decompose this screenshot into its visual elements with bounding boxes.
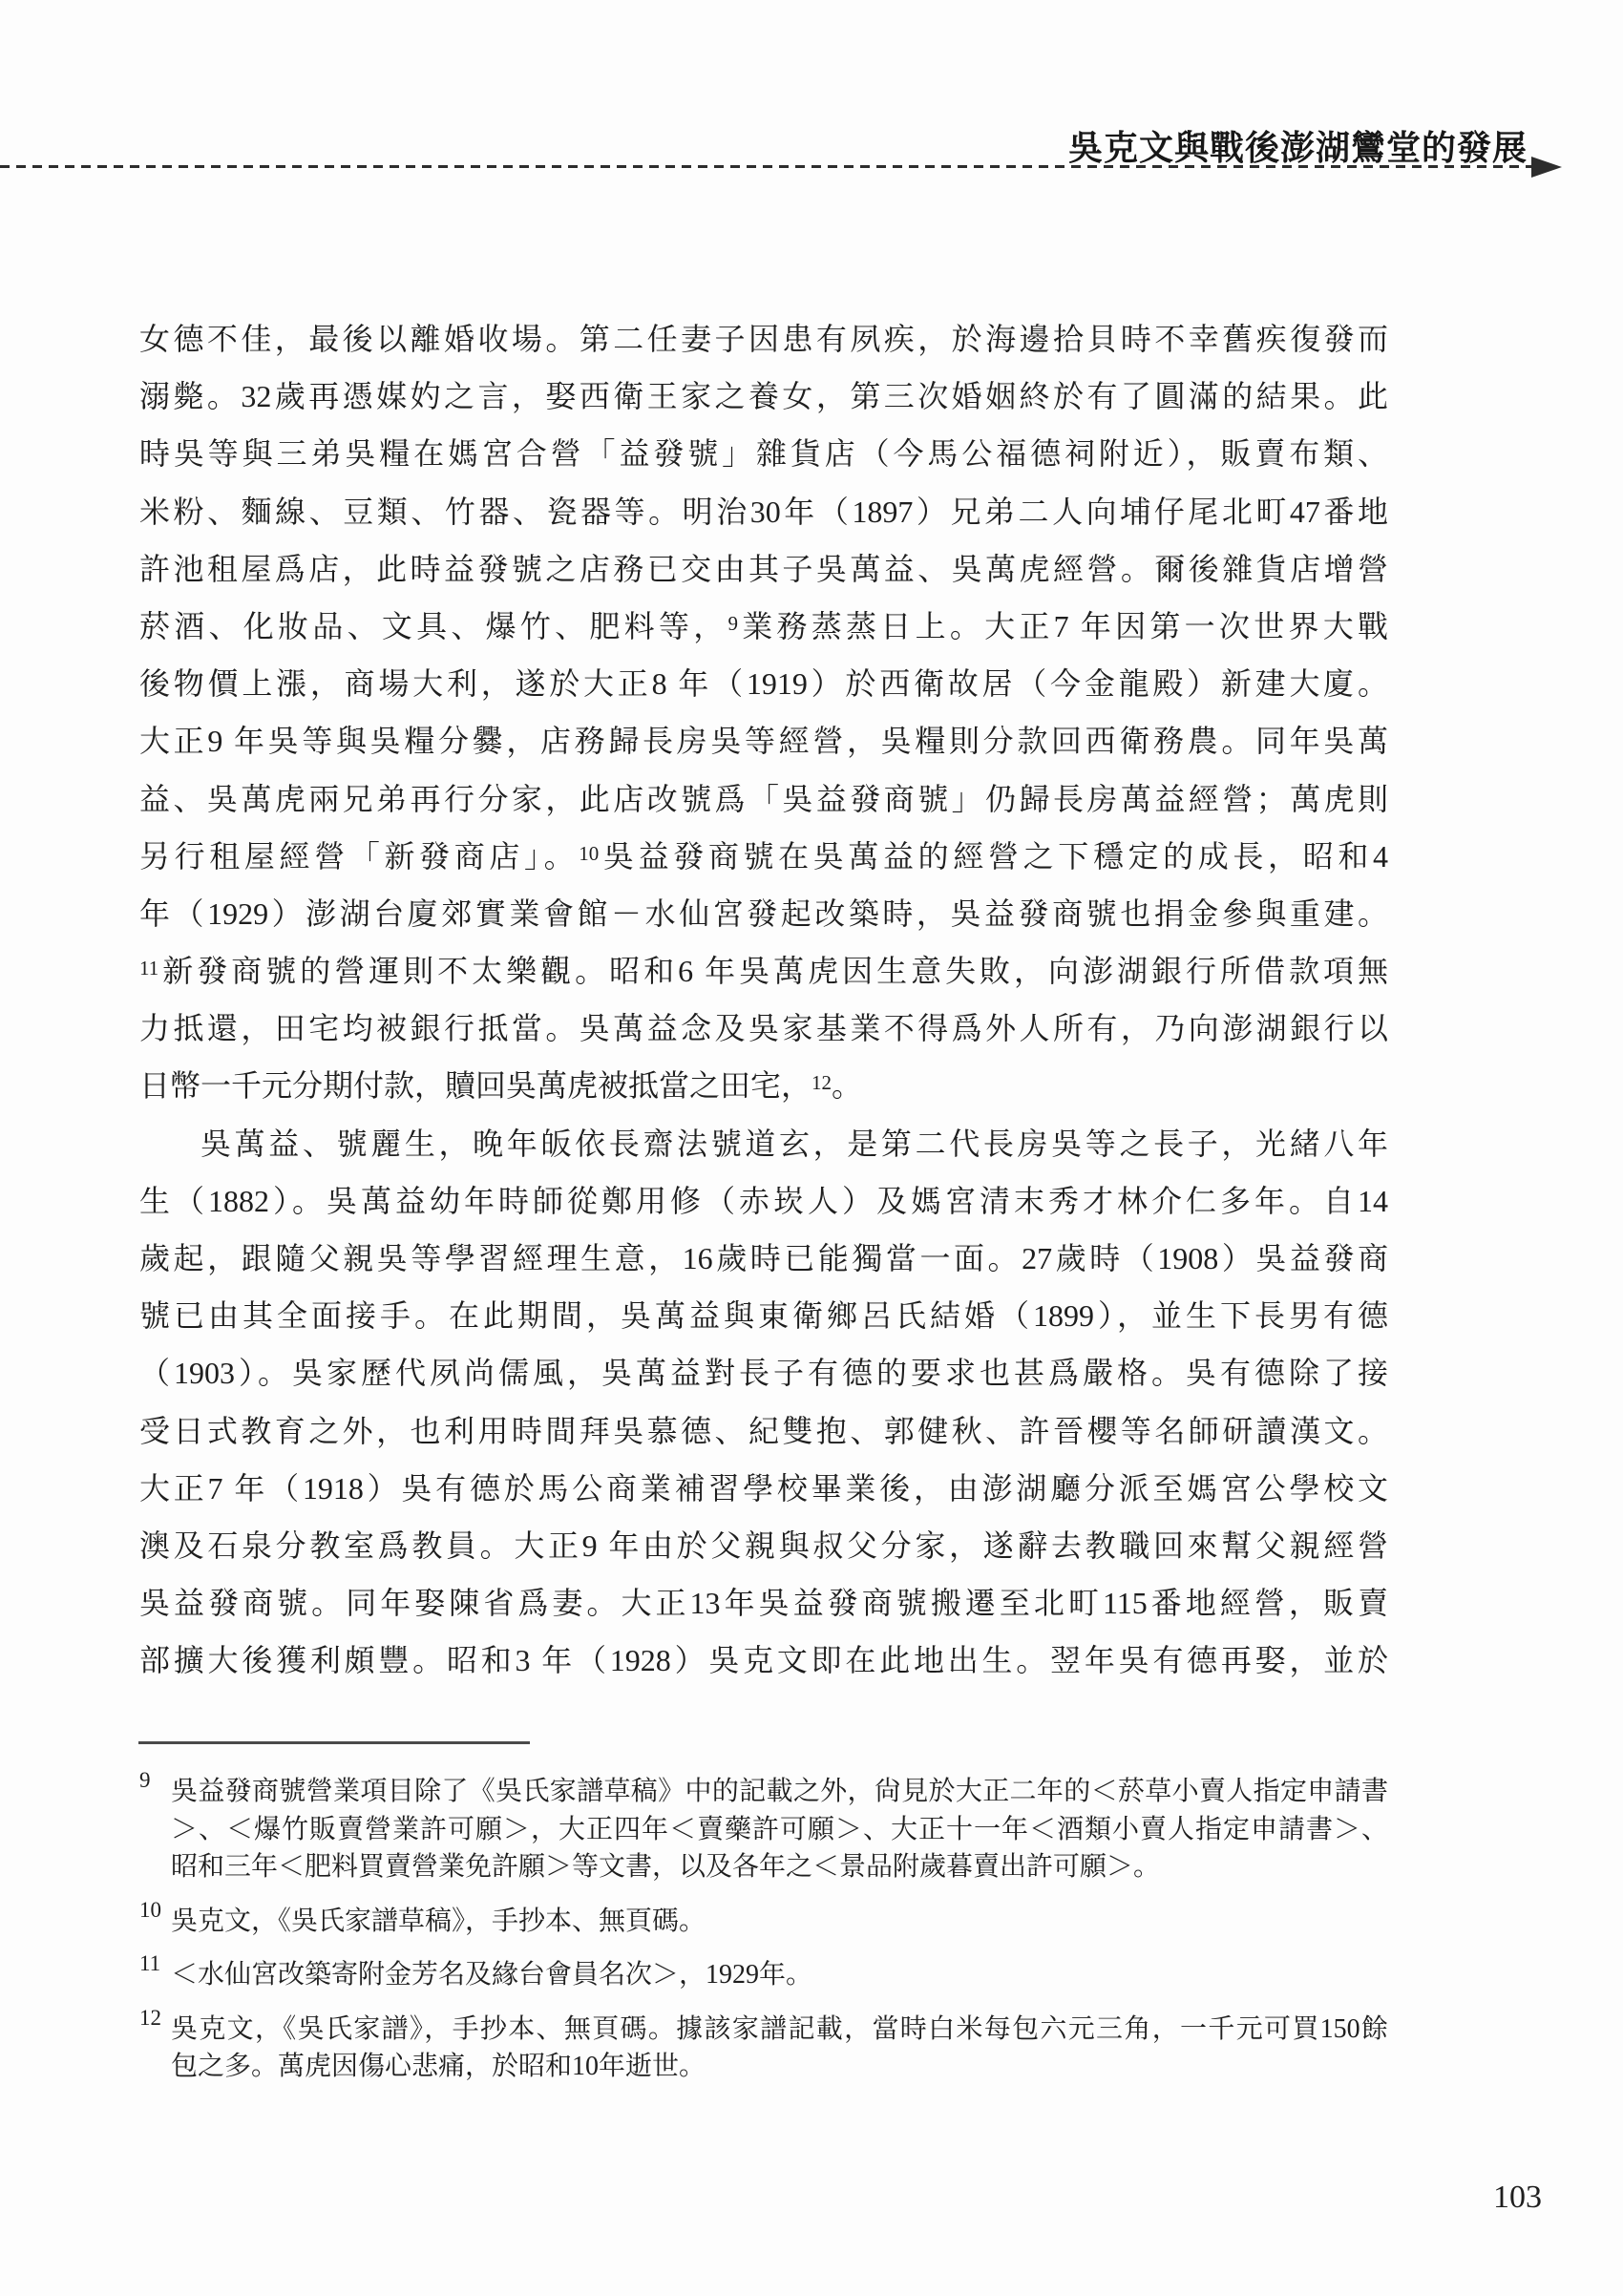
body-line: 女德不佳，最後以離婚收場。第二任妻子因患有夙疾，於海邊拾貝時不幸舊疾復發而 — [139, 310, 1388, 368]
footnote-line: 昭和三年＜肥料買賣營業免許願＞等文書，以及各年之＜景品附歲暮賣出許可願＞。 — [171, 1848, 1388, 1886]
body-line: 澳及石泉分教室爲教員。大正9 年由於父親與叔父分家，遂辭去教職回來幫父親經營 — [139, 1517, 1388, 1574]
page-number: 103 — [1493, 2180, 1542, 2216]
body-line: 溺斃。32歲再憑媒妁之言，娶西衛王家之養女，第三次婚姻終於有了圓滿的結果。此 — [139, 368, 1388, 425]
body-line: 11新發商號的營運則不太樂觀。昭和6 年吳萬虎因生意失敗，向澎湖銀行所借款項無 — [139, 942, 1388, 1000]
footnote-line: ＜水仙宮改築寄附金芳名及緣台會員名次＞，1929年。 — [171, 1956, 1388, 1994]
footnote-number: 10 — [139, 1898, 161, 1923]
footnote-reference: 12 — [811, 1071, 832, 1094]
body-line: 吳萬益、號麗生，晚年皈依長齋法號道玄，是第二代長房吳等之長子，光緒八年 — [139, 1115, 1388, 1172]
footnote-line: ＞、＜爆竹販賣營業許可願＞，大正四年＜賣藥許可願＞、大正十一年＜酒類小賣人指定申… — [171, 1811, 1388, 1849]
footnotes: 9吳益發商號營業項目除了《吳氏家譜草稿》中的記載之外，尙見於大正二年的＜菸草小賣… — [139, 1773, 1388, 2102]
body-line: 菸酒、化妝品、文具、爆竹、肥料等，9業務蒸蒸日上。大正7 年因第一次世界大戰 — [139, 598, 1388, 655]
footnote-number: 9 — [139, 1768, 151, 1793]
footnote: 12吳克文，《吳氏家譜》，手抄本、無頁碼。據該家譜記載，當時白米每包六元三角，一… — [139, 2011, 1388, 2086]
arrow-right-icon — [1531, 157, 1562, 178]
footnote-line: 吳克文，《吳氏家譜草稿》，手抄本、無頁碼。 — [171, 1903, 1388, 1941]
footnote-reference: 10 — [579, 842, 599, 865]
body-line: 歲起，跟隨父親吳等學習經理生意，16歲時已能獨當一面。27歲時（1908）吳益發… — [139, 1230, 1388, 1287]
header-dashed-rule — [0, 165, 1531, 168]
body-line: 吳益發商號。同年娶陳省爲妻。大正13年吳益發商號搬遷至北町115番地經營，販賣 — [139, 1574, 1388, 1632]
body-line: 米粉、麵線、豆類、竹器、瓷器等。明治30年（1897）兄弟二人向埔仔尾北町47番… — [139, 483, 1388, 540]
footnote-line: 包之多。萬虎因傷心悲痛，於昭和10年逝世。 — [171, 2048, 1388, 2086]
body-line: 另行租屋經營「新發商店」。10吳益發商號在吳萬益的經營之下穩定的成長，昭和4 — [139, 828, 1388, 885]
body-line: 時吳等與三弟吳糧在媽宮合營「益發號」雜貨店（今馬公福德祠附近），販賣布類、 — [139, 425, 1388, 482]
body-line: 益、吳萬虎兩兄弟再行分家，此店改號爲「吳益發商號」仍歸長房萬益經營；萬虎則 — [139, 770, 1388, 828]
body-line: 許池租屋爲店，此時益發號之店務已交由其子吳萬益、吳萬虎經營。爾後雜貨店增營 — [139, 540, 1388, 598]
body-line: 年（1929）澎湖台廈郊實業會館－水仙宮發起改築時，吳益發商號也捐金參與重建。 — [139, 885, 1388, 942]
body-line: 力抵還，田宅均被銀行抵當。吳萬益念及吳家基業不得爲外人所有，乃向澎湖銀行以 — [139, 1000, 1388, 1057]
body-line: 日幣一千元分期付款，贖回吳萬虎被抵當之田宅，12。 — [139, 1057, 1388, 1114]
footnote-number: 12 — [139, 2006, 161, 2031]
document-page: 吳克文與戰後澎湖鸞堂的發展 女德不佳，最後以離婚收場。第二任妻子因患有夙疾，於海… — [0, 0, 1623, 2296]
body-line: 生（1882）。吳萬益幼年時師從鄭用修（赤崁人）及媽宮清末秀才林介仁多年。自14 — [139, 1172, 1388, 1230]
footnote-line: 吳益發商號營業項目除了《吳氏家譜草稿》中的記載之外，尙見於大正二年的＜菸草小賣人… — [171, 1773, 1388, 1811]
footnote: 9吳益發商號營業項目除了《吳氏家譜草稿》中的記載之外，尙見於大正二年的＜菸草小賣… — [139, 1773, 1388, 1886]
body-line: 號已由其全面接手。在此期間，吳萬益與東衛鄉呂氏結婚（1899），並生下長男有德 — [139, 1287, 1388, 1344]
footnote-separator-rule — [138, 1741, 530, 1744]
body-line: 大正9 年吳等與吳糧分爨，店務歸長房吳等經營，吳糧則分款回西衛務農。同年吳萬 — [139, 712, 1388, 769]
body-line: （1903）。吳家歷代夙尚儒風，吳萬益對長子有德的要求也甚爲嚴格。吳有德除了接 — [139, 1344, 1388, 1401]
footnote: 11＜水仙宮改築寄附金芳名及緣台會員名次＞，1929年。 — [139, 1956, 1388, 1994]
footnote: 10吳克文，《吳氏家譜草稿》，手抄本、無頁碼。 — [139, 1903, 1388, 1941]
running-head-title: 吳克文與戰後澎湖鸞堂的發展 — [1068, 121, 1528, 170]
footnote-line: 吳克文，《吳氏家譜》，手抄本、無頁碼。據該家譜記載，當時白米每包六元三角，一千元… — [171, 2011, 1388, 2049]
body-line: 後物價上漲，商場大利，遂於大正8 年（1919）於西衛故居（今金龍殿）新建大廈。 — [139, 655, 1388, 712]
body-line: 部擴大後獲利頗豐。昭和3 年（1928）吳克文即在此地出生。翌年吳有德再娶，並於 — [139, 1632, 1388, 1689]
body-text: 女德不佳，最後以離婚收場。第二任妻子因患有夙疾，於海邊拾貝時不幸舊疾復發而溺斃。… — [139, 310, 1388, 1690]
footnote-reference: 11 — [139, 957, 158, 979]
footnote-reference: 9 — [727, 612, 738, 635]
footnote-number: 11 — [139, 1951, 160, 1976]
body-line: 大正7 年（1918）吳有德於馬公商業補習學校畢業後，由澎湖廳分派至媽宮公學校文 — [139, 1460, 1388, 1517]
body-line: 受日式教育之外，也利用時間拜吳慕德、紀雙抱、郭健秋、許晉櫻等名師研讀漢文。 — [139, 1402, 1388, 1460]
